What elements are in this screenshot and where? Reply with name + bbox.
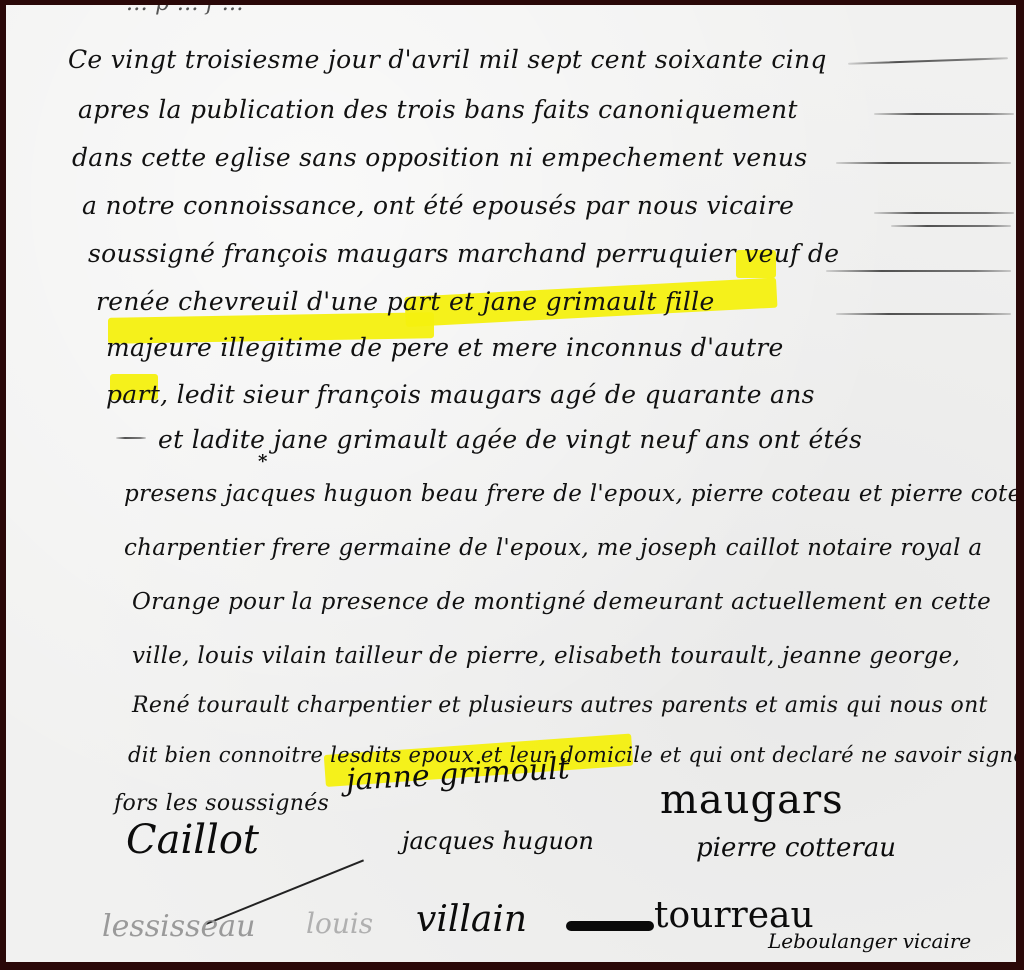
record-line-2: apres la publication des trois bans fait… (78, 95, 798, 124)
record-line-6: renée chevreuil d'une part et jane grima… (96, 287, 715, 316)
signature-groom: maugars (660, 777, 844, 823)
margin-rule (891, 225, 1011, 227)
record-line-1: Ce vingt troisiesme jour d'avril mil sep… (68, 45, 827, 74)
record-line-4: a notre connoissance, ont été epousés pa… (82, 191, 794, 220)
signature-pierre: pierre cotterau (696, 833, 896, 863)
top-partial-line: ... p ... f ... (126, 5, 244, 16)
record-line-10: presens jacques huguon beau frere de l'e… (124, 481, 1016, 507)
margin-rule (874, 212, 1014, 214)
record-line-14: René tourault charpentier et plusieurs a… (132, 693, 988, 718)
margin-rule (848, 57, 1008, 65)
margin-rule (116, 437, 146, 439)
signature-priest: Leboulanger vicaire (768, 929, 971, 953)
record-line-11: charpentier frere germaine de l'epoux, m… (124, 535, 982, 561)
signature-jacques: jacques huguon (402, 827, 594, 855)
signature-villain: villain (416, 899, 527, 940)
record-line-3: dans cette eglise sans opposition ni emp… (72, 143, 807, 172)
document-page: ... p ... f ... Ce vingt troisiesme jour… (6, 5, 1016, 962)
record-line-16: fors les soussignés (114, 791, 329, 816)
record-line-13: ville, louis vilain tailleur de pierre, … (132, 643, 960, 669)
margin-rule (836, 313, 1011, 315)
margin-rule (874, 113, 1014, 115)
ink-blot-strikeout (566, 921, 654, 931)
margin-rule (826, 270, 1011, 272)
record-line-8: part, ledit sieur françois maugars agé d… (106, 380, 815, 409)
record-line-7: majeure illegitime de pere et mere incon… (106, 333, 784, 362)
record-line-5: soussigné françois maugars marchand perr… (88, 239, 839, 268)
record-line-9: et ladite jane grimault agée de vingt ne… (158, 425, 862, 454)
document-frame: ... p ... f ... Ce vingt troisiesme jour… (0, 0, 1024, 970)
margin-rule (836, 162, 1011, 164)
record-line-12: Orange pour la presence de montigné deme… (132, 589, 991, 615)
signature-lessisseau: lessisseau (102, 909, 256, 944)
record-line-15: dit bien connoitre lesdits epoux et leur… (128, 743, 1016, 767)
asterisk-mark: * (258, 451, 267, 472)
signature-louis: louis (306, 907, 373, 940)
signature-caillot: Caillot (126, 817, 259, 863)
